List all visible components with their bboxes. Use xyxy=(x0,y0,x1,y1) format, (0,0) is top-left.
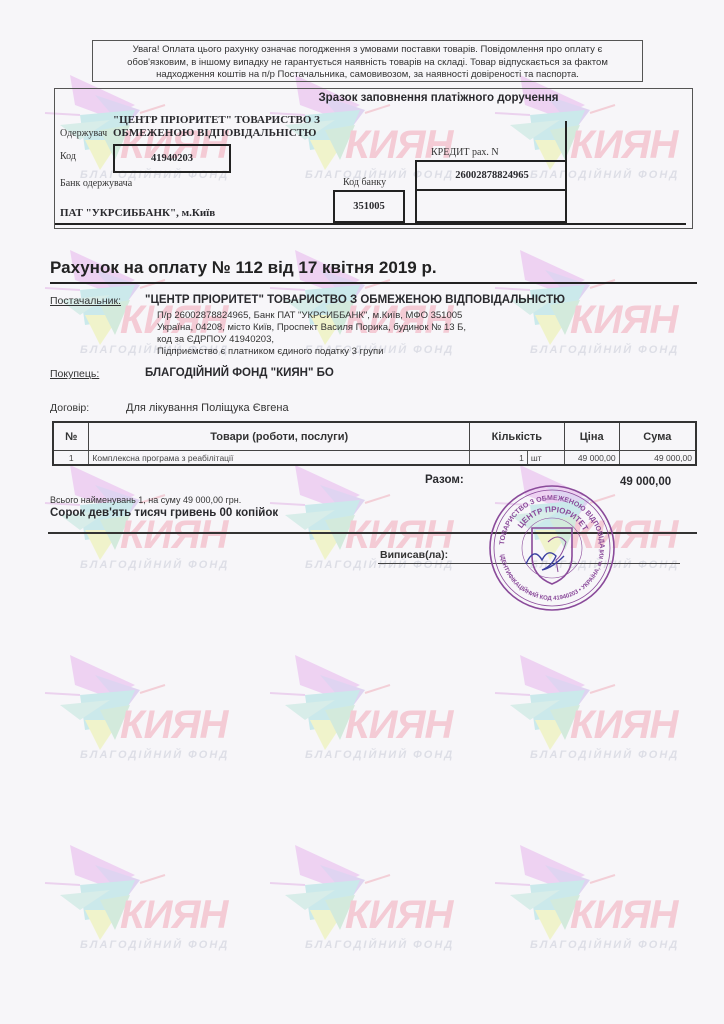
supplier-detail-line: Підприємство є платником єдиного податку… xyxy=(157,346,466,358)
cell-price: 49 000,00 xyxy=(564,451,619,466)
col-header-sum: Сума xyxy=(619,422,696,451)
contract-label: Договір: xyxy=(50,402,89,414)
invoice-title: Рахунок на оплату № 112 від 17 квітня 20… xyxy=(50,258,437,278)
svg-text:КИЯН: КИЯН xyxy=(570,893,680,937)
amount-in-words: Сорок дев'ять тисяч гривень 00 копійок xyxy=(50,507,278,519)
items-table: № Товари (роботи, послуги) Кількість Цін… xyxy=(52,421,697,466)
buyer-label: Покупець: xyxy=(50,368,99,380)
bank-label: Банк одержувача xyxy=(60,178,132,189)
supplier-detail-line: Україна, 04208, місто Київ, Проспект Вас… xyxy=(157,322,466,334)
svg-text:БЛАГОДІЙНИЙ ФОНД: БЛАГОДІЙНИЙ ФОНД xyxy=(80,558,229,571)
supplier-detail-line: код за ЄДРПОУ 41940203, xyxy=(157,334,466,346)
credit-account-value: 26002878824965 xyxy=(415,160,567,191)
col-header-goods: Товари (роботи, послуги) xyxy=(89,422,470,451)
cell-no: 1 xyxy=(53,451,89,466)
svg-text:КИЯН: КИЯН xyxy=(345,893,455,937)
svg-text:КИЯН: КИЯН xyxy=(570,703,680,747)
notice-line: надходження коштів на п/р Постачальника,… xyxy=(93,69,642,82)
kiyan-watermark-logo: КИЯН БЛАГОДІЙНИЙ ФОНД xyxy=(265,840,445,950)
notice-line: обов'язковим, в іншому випадку не гарант… xyxy=(93,57,642,70)
items-summary: Всього найменувань 1, на суму 49 000,00 … xyxy=(50,494,241,506)
cell-qty: 1 xyxy=(469,451,527,466)
svg-text:КИЯН: КИЯН xyxy=(120,893,230,937)
svg-text:БЛАГОДІЙНИЙ ФОНД: БЛАГОДІЙНИЙ ФОНД xyxy=(530,343,679,356)
cell-unit: шт xyxy=(527,451,564,466)
svg-text:БЛАГОДІЙНИЙ ФОНД: БЛАГОДІЙНИЙ ФОНД xyxy=(80,938,229,951)
svg-text:БЛАГОДІЙНИЙ ФОНД: БЛАГОДІЙНИЙ ФОНД xyxy=(305,748,454,761)
bank-code-value: 351005 xyxy=(333,190,405,223)
table-row: 1 Комплексна програма з реабілітації 1 ш… xyxy=(53,451,696,466)
kiyan-watermark-logo: КИЯН БЛАГОДІЙНИЙ ФОНД xyxy=(490,650,670,760)
svg-text:КИЯН: КИЯН xyxy=(345,703,455,747)
total-value: 49 000,00 xyxy=(620,476,671,488)
company-stamp: ТОВАРИСТВО З ОБМЕЖЕНОЮ ВІДПОВІДАЛЬНІСТЮ … xyxy=(488,484,616,612)
notice-line: Увага! Оплата цього рахунку означає пого… xyxy=(93,44,642,57)
code-label: Код xyxy=(60,151,76,162)
col-header-price: Ціна xyxy=(564,422,619,451)
svg-text:БЛАГОДІЙНИЙ ФОНД: БЛАГОДІЙНИЙ ФОНД xyxy=(530,938,679,951)
recipient-name-line2: ОБМЕЖЕНОЮ ВІДПОВІДАЛЬНІСТЮ xyxy=(113,127,316,139)
cell-goods: Комплексна програма з реабілітації xyxy=(89,451,470,466)
svg-text:КИЯН: КИЯН xyxy=(570,298,680,342)
kiyan-watermark-logo: КИЯН БЛАГОДІЙНИЙ ФОНД xyxy=(490,840,670,950)
payment-notice-box: Увага! Оплата цього рахунку означає пого… xyxy=(92,40,643,82)
bank-name: ПАТ "УКРСИББАНК", м.Київ xyxy=(60,207,215,219)
recipient-name-line1: "ЦЕНТР ПРІОРИТЕТ" ТОВАРИСТВО З xyxy=(113,114,320,126)
svg-text:ТОВАРИСТВО З ОБМЕЖЕНОЮ ВІДПОВІ: ТОВАРИСТВО З ОБМЕЖЕНОЮ ВІДПОВІДАЛЬНІСТЮ xyxy=(488,484,605,549)
kiyan-watermark-logo: КИЯН БЛАГОДІЙНИЙ ФОНД xyxy=(265,650,445,760)
contract-value: Для лікування Поліщука Євгена xyxy=(126,402,289,414)
buyer-name: БЛАГОДІЙНИЙ ФОНД "КИЯН" БО xyxy=(145,367,334,379)
kiyan-watermark-logo: КИЯН БЛАГОДІЙНИЙ ФОНД xyxy=(40,840,220,950)
stamp-seal-icon: ТОВАРИСТВО З ОБМЕЖЕНОЮ ВІДПОВІДАЛЬНІСТЮ … xyxy=(488,484,616,612)
sample-title: Зразок заповнення платіжного доручення xyxy=(55,92,692,104)
recipient-label: Одержувач xyxy=(60,128,107,139)
supplier-detail-line: П/р 26002878824965, Банк ПАТ "УКРСИББАНК… xyxy=(157,310,466,322)
code-value: 41940203 xyxy=(113,144,231,173)
bank-code-label: Код банку xyxy=(343,177,386,188)
title-underline xyxy=(50,282,697,284)
svg-text:КИЯН: КИЯН xyxy=(120,703,230,747)
issued-by-label: Виписав(ла): xyxy=(380,549,448,561)
table-header-row: № Товари (роботи, послуги) Кількість Цін… xyxy=(53,422,696,451)
credit-empty-cell xyxy=(415,189,567,223)
svg-text:БЛАГОДІЙНИЙ ФОНД: БЛАГОДІЙНИЙ ФОНД xyxy=(305,938,454,951)
supplier-label: Постачальник: xyxy=(50,295,121,307)
col-header-qty: Кількість xyxy=(469,422,564,451)
col-header-no: № xyxy=(53,422,89,451)
svg-text:БЛАГОДІЙНИЙ ФОНД: БЛАГОДІЙНИЙ ФОНД xyxy=(530,748,679,761)
sample-bottom-line xyxy=(55,223,686,225)
svg-text:КИЯН: КИЯН xyxy=(120,513,230,557)
supplier-details: П/р 26002878824965, Банк ПАТ "УКРСИББАНК… xyxy=(157,310,466,358)
cell-sum: 49 000,00 xyxy=(619,451,696,466)
svg-text:БЛАГОДІЙНИЙ ФОНД: БЛАГОДІЙНИЙ ФОНД xyxy=(80,748,229,761)
total-label: Разом: xyxy=(425,474,464,486)
credit-label: КРЕДИТ рах. N xyxy=(431,147,499,158)
supplier-name: "ЦЕНТР ПРІОРИТЕТ" ТОВАРИСТВО З ОБМЕЖЕНОЮ… xyxy=(145,294,565,306)
payment-order-sample: Зразок заповнення платіжного доручення "… xyxy=(54,88,693,229)
vertical-divider xyxy=(565,121,567,223)
kiyan-watermark-logo: КИЯН БЛАГОДІЙНИЙ ФОНД xyxy=(40,650,220,760)
